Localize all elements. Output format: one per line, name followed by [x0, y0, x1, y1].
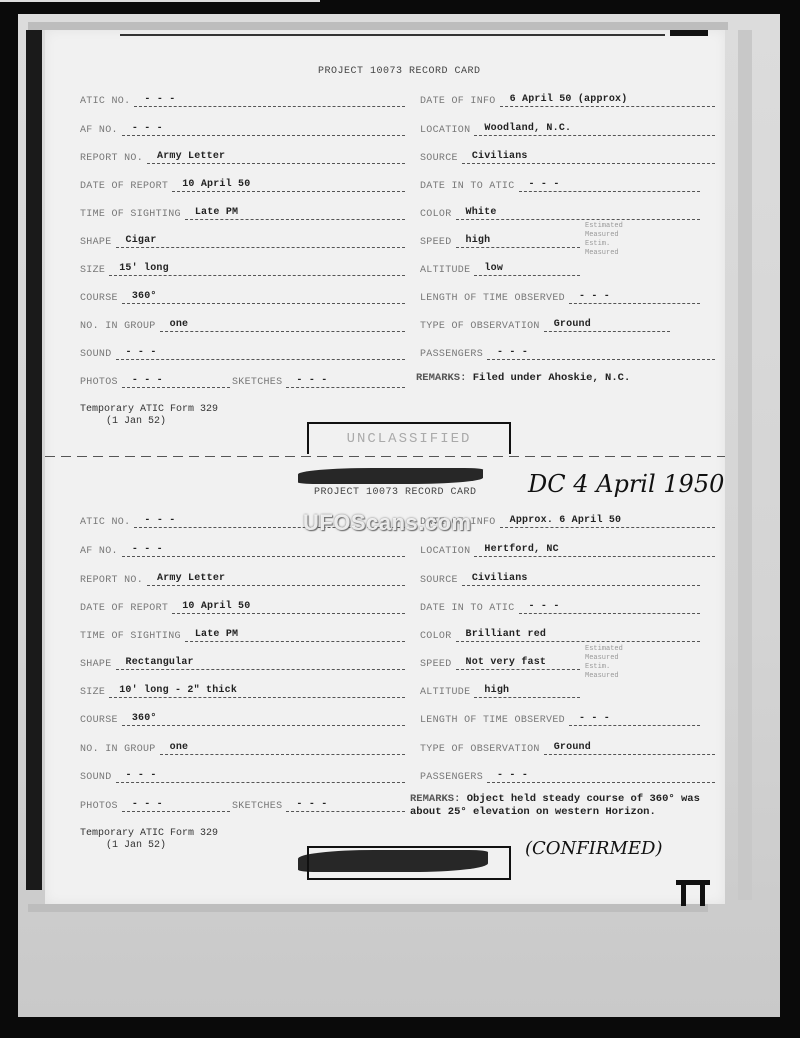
- field-value: Hertford, NC: [474, 544, 715, 557]
- field-value: - - -: [134, 94, 405, 107]
- card-2-form-note: Temporary ATIC Form 329 (1 Jan 52): [80, 828, 218, 852]
- card-1-course: COURSE 360°: [80, 291, 405, 304]
- field-value: Not very fast: [456, 657, 580, 670]
- field-label: DATE OF INFO: [420, 96, 496, 107]
- card-2-sound: SOUND - - -: [80, 770, 405, 783]
- classification-stamp: UNCLASSIFIED: [307, 422, 511, 454]
- field-label: TIME OF SIGHTING: [80, 631, 181, 642]
- field-label: SOURCE: [420, 153, 458, 164]
- field-value: - - -: [286, 375, 405, 388]
- field-value: Ground: [544, 742, 715, 755]
- card-1-title: PROJECT 10073 RECORD CARD: [318, 66, 481, 77]
- scan-edge: [0, 0, 320, 2]
- field-label: ATIC NO.: [80, 517, 130, 528]
- form-number: Temporary ATIC Form 329: [80, 828, 218, 840]
- field-label: NO. IN GROUP: [80, 321, 156, 332]
- field-value: Army Letter: [147, 573, 405, 586]
- scan-strip-right: [738, 30, 752, 900]
- card-2-remarks: REMARKS: Object held steady course of 36…: [410, 793, 710, 819]
- field-label: AF NO.: [80, 546, 118, 557]
- field-value: Woodland, N.C.: [474, 123, 715, 136]
- form-date: (1 Jan 52): [80, 416, 218, 428]
- corner-mark: [670, 30, 708, 36]
- field-value: 10 April 50: [172, 601, 405, 614]
- card-1-speed-notes: Estimated Measured Estim. Measured: [585, 222, 623, 258]
- field-label: DATE OF REPORT: [80, 603, 168, 614]
- field-value: Rectangular: [116, 657, 405, 670]
- card-2-title: PROJECT 10073 RECORD CARD: [314, 487, 477, 498]
- card-1-location: LOCATION Woodland, N.C.: [420, 123, 715, 136]
- card-2-passengers: PASSENGERS - - -: [420, 770, 715, 783]
- field-value: Late PM: [185, 207, 405, 220]
- field-label: LENGTH OF TIME OBSERVED: [420, 293, 565, 304]
- field-label: TIME OF SIGHTING: [80, 209, 181, 220]
- field-label: ALTITUDE: [420, 265, 470, 276]
- field-label: REPORT NO.: [80, 153, 143, 164]
- field-label: SKETCHES: [232, 801, 282, 812]
- card-1-sketches: SKETCHES - - -: [232, 375, 405, 388]
- field-value: - - -: [116, 347, 405, 360]
- card-2-shape: SHAPE Rectangular: [80, 657, 405, 670]
- field-value: 360°: [122, 713, 405, 726]
- card-2-course: COURSE 360°: [80, 713, 405, 726]
- speed-note: Measured: [585, 249, 623, 258]
- card-2-speed: SPEED Not very fast: [420, 657, 580, 670]
- field-value: Brilliant red: [456, 629, 700, 642]
- field-label: COURSE: [80, 293, 118, 304]
- card-2-af-no: AF NO. - - -: [80, 544, 405, 557]
- field-value: - - -: [122, 123, 405, 136]
- card-2-time-of-sighting: TIME OF SIGHTING Late PM: [80, 629, 405, 642]
- card-2-report-no: REPORT NO. Army Letter: [80, 573, 405, 586]
- field-label: PASSENGERS: [420, 349, 483, 360]
- card-1-length-of-time: LENGTH OF TIME OBSERVED - - -: [420, 291, 700, 304]
- card-1-size: SIZE 15' long: [80, 263, 405, 276]
- card-1-af-no: AF NO. - - -: [80, 123, 405, 136]
- field-value: - - -: [569, 713, 700, 726]
- card-1-source: SOURCE Civilians: [420, 151, 715, 164]
- speed-note: Estimated: [585, 645, 623, 654]
- card-2-size: SIZE 10' long - 2" thick: [80, 685, 405, 698]
- field-value: 15' long: [109, 263, 405, 276]
- speed-note: Estim.: [585, 663, 623, 672]
- card-1-atic-no: ATIC NO. - - -: [80, 94, 405, 107]
- speed-note: Measured: [585, 672, 623, 681]
- form-date: (1 Jan 52): [80, 840, 218, 852]
- card-1-report-no: REPORT NO. Army Letter: [80, 151, 405, 164]
- card-2-source: SOURCE Civilians: [420, 573, 700, 586]
- remarks-label: REMARKS:: [416, 372, 466, 384]
- field-value: Ground: [544, 319, 670, 332]
- card-1-date-of-info: DATE OF INFO 6 April 50 (approx): [420, 94, 715, 107]
- field-value: - - -: [286, 799, 405, 812]
- corner-pi-mark: [676, 880, 710, 906]
- card-1-passengers: PASSENGERS - - -: [420, 347, 715, 360]
- scan-strip-bottom: [28, 904, 708, 912]
- field-value: Approx. 6 April 50: [500, 515, 715, 528]
- card-2-sketches: SKETCHES - - -: [232, 799, 405, 812]
- field-label: SKETCHES: [232, 377, 282, 388]
- card-2-no-in-group: NO. IN GROUP one: [80, 742, 405, 755]
- card-1-color: COLOR White: [420, 207, 700, 220]
- field-label: SIZE: [80, 687, 105, 698]
- remarks-label: REMARKS:: [410, 793, 460, 805]
- field-value: White: [456, 207, 700, 220]
- field-value: low: [474, 263, 580, 276]
- card-divider: [45, 456, 725, 457]
- card-2-date-of-report: DATE OF REPORT 10 April 50: [80, 601, 405, 614]
- field-label: TYPE OF OBSERVATION: [420, 321, 540, 332]
- field-label: PASSENGERS: [420, 772, 483, 783]
- field-value: one: [160, 319, 405, 332]
- field-label: DATE IN TO ATIC: [420, 603, 515, 614]
- field-label: LENGTH OF TIME OBSERVED: [420, 715, 565, 726]
- field-value: Civilians: [462, 573, 700, 586]
- field-label: LOCATION: [420, 125, 470, 136]
- field-value: high: [456, 235, 580, 248]
- card-1-photos: PHOTOS - - -: [80, 375, 230, 388]
- redaction-mark: [298, 468, 483, 484]
- field-label: SOUND: [80, 349, 112, 360]
- field-label: PHOTOS: [80, 377, 118, 388]
- card-1-time-of-sighting: TIME OF SIGHTING Late PM: [80, 207, 405, 220]
- scan-edge-left: [26, 30, 42, 890]
- field-label: SIZE: [80, 265, 105, 276]
- field-label: SPEED: [420, 659, 452, 670]
- card-2-speed-notes: Estimated Measured Estim. Measured: [585, 645, 623, 681]
- field-value: one: [160, 742, 405, 755]
- field-label: LOCATION: [420, 546, 470, 557]
- field-label: AF NO.: [80, 125, 118, 136]
- card-2-length-of-time: LENGTH OF TIME OBSERVED - - -: [420, 713, 700, 726]
- card-1-remarks: REMARKS: Filed under Ahoskie, N.C.: [416, 372, 716, 385]
- card-2-color: COLOR Brilliant red: [420, 629, 700, 642]
- field-label: TYPE OF OBSERVATION: [420, 744, 540, 755]
- field-label: REPORT NO.: [80, 575, 143, 586]
- top-rule: [120, 34, 665, 36]
- field-value: - - -: [487, 347, 715, 360]
- speed-note: Estim.: [585, 240, 623, 249]
- card-1-sound: SOUND - - -: [80, 347, 405, 360]
- card-1-shape: SHAPE Cigar: [80, 235, 405, 248]
- field-label: DATE IN TO ATIC: [420, 181, 515, 192]
- field-label: ATIC NO.: [80, 96, 130, 107]
- field-value: - - -: [122, 799, 230, 812]
- field-value: 10 April 50: [172, 179, 405, 192]
- field-value: - - -: [519, 179, 700, 192]
- card-1-speed: SPEED high: [420, 235, 580, 248]
- card-1-altitude: ALTITUDE low: [420, 263, 580, 276]
- scan-strip-top: [28, 22, 728, 30]
- card-1-type-of-observation: TYPE OF OBSERVATION Ground: [420, 319, 670, 332]
- field-label: PHOTOS: [80, 801, 118, 812]
- card-2-location: LOCATION Hertford, NC: [420, 544, 715, 557]
- speed-note: Measured: [585, 654, 623, 663]
- field-value: - - -: [122, 375, 230, 388]
- field-label: COURSE: [80, 715, 118, 726]
- field-value: 6 April 50 (approx): [500, 94, 715, 107]
- field-label: COLOR: [420, 209, 452, 220]
- card-1-date-of-report: DATE OF REPORT 10 April 50: [80, 179, 405, 192]
- field-label: DATE OF REPORT: [80, 181, 168, 192]
- field-label: SHAPE: [80, 659, 112, 670]
- watermark: UFOScans.com: [303, 510, 472, 536]
- card-1-form-note: Temporary ATIC Form 329 (1 Jan 52): [80, 404, 218, 428]
- field-label: NO. IN GROUP: [80, 744, 156, 755]
- field-value: 360°: [122, 291, 405, 304]
- field-value: - - -: [122, 544, 405, 557]
- field-value: Civilians: [462, 151, 715, 164]
- card-2-altitude: ALTITUDE high: [420, 685, 580, 698]
- field-label: COLOR: [420, 631, 452, 642]
- field-label: SOUND: [80, 772, 112, 783]
- field-label: SPEED: [420, 237, 452, 248]
- card-1-date-in-to-atic: DATE IN TO ATIC - - -: [420, 179, 700, 192]
- speed-note: Measured: [585, 231, 623, 240]
- handwritten-note: (CONFIRMED): [525, 838, 662, 859]
- field-value: - - -: [519, 601, 700, 614]
- field-value: Cigar: [116, 235, 405, 248]
- card-2-date-in-to-atic: DATE IN TO ATIC - - -: [420, 601, 700, 614]
- field-value: - - -: [569, 291, 700, 304]
- redaction-mark: [298, 850, 488, 872]
- speed-note: Estimated: [585, 222, 623, 231]
- remarks-text: Filed under Ahoskie, N.C.: [473, 372, 631, 384]
- field-value: Army Letter: [147, 151, 405, 164]
- field-label: SHAPE: [80, 237, 112, 248]
- field-value: high: [474, 685, 580, 698]
- field-value: Late PM: [185, 629, 405, 642]
- field-value: 10' long - 2" thick: [109, 685, 405, 698]
- field-label: ALTITUDE: [420, 687, 470, 698]
- field-value: - - -: [487, 770, 715, 783]
- field-value: - - -: [116, 770, 405, 783]
- card-2-type-of-observation: TYPE OF OBSERVATION Ground: [420, 742, 715, 755]
- card-2-photos: PHOTOS - - -: [80, 799, 230, 812]
- form-number: Temporary ATIC Form 329: [80, 404, 218, 416]
- card-1-no-in-group: NO. IN GROUP one: [80, 319, 405, 332]
- field-label: SOURCE: [420, 575, 458, 586]
- handwritten-date: DC 4 April 1950: [528, 470, 724, 498]
